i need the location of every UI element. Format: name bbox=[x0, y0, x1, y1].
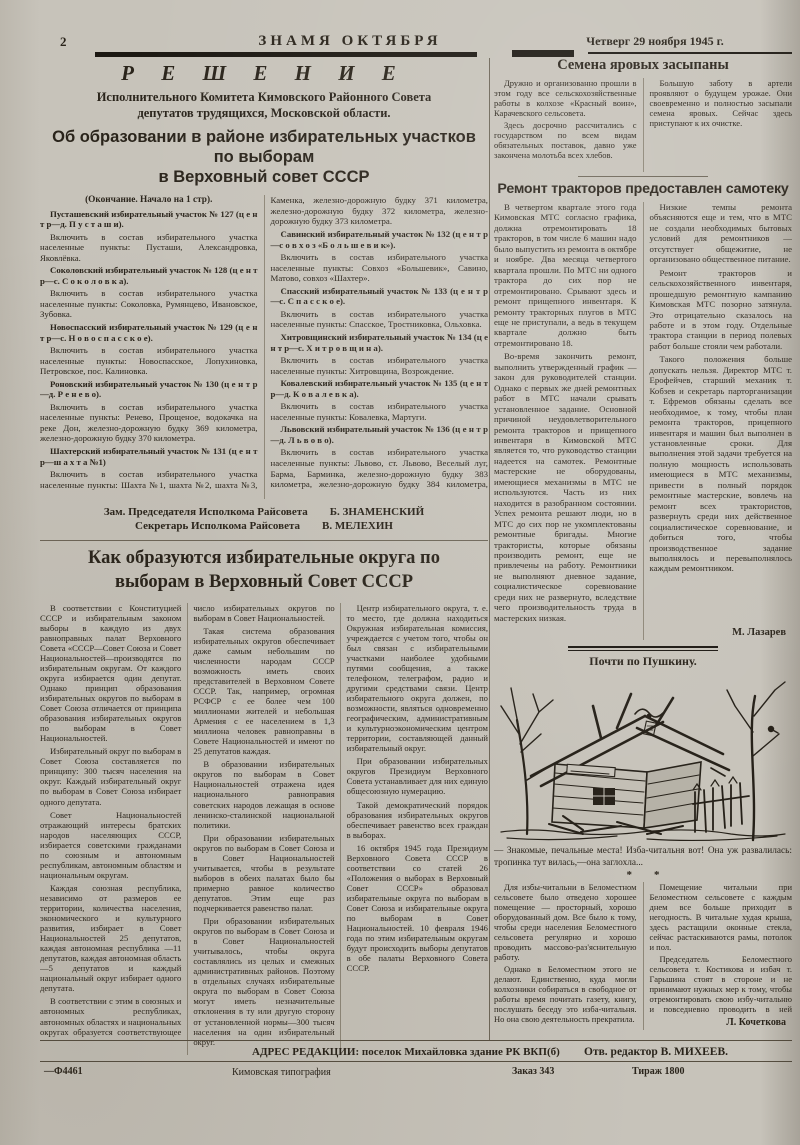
article-end-rule bbox=[568, 646, 718, 651]
tractors-article-title: Ремонт тракторов предоставлен самотеку bbox=[494, 181, 792, 197]
article-paragraph: Такой демократический порядок образовани… bbox=[347, 800, 488, 840]
print-order: Заказ 343 bbox=[512, 1066, 554, 1077]
signature-name: Б. ЗНАМЕНСКИЙ bbox=[330, 506, 424, 518]
column-divider bbox=[489, 58, 490, 1040]
okruga-article-body: В соответствии с Конституцией СССР и изб… bbox=[40, 603, 488, 1055]
article-paragraph: Центр избирательного округа, т. е. то ме… bbox=[347, 603, 488, 754]
signature-role: Зам. Председателя Исполкома Райсовета bbox=[104, 506, 308, 518]
district-head: Савинский избирательный участок № 132 (ц… bbox=[271, 229, 489, 250]
circulation: Тираж 1800 bbox=[632, 1066, 685, 1077]
editorial-address: АДРЕС РЕДАКЦИИ: поселок Михайловка здани… bbox=[252, 1046, 560, 1058]
district-body: Включить в состав избирательного участка… bbox=[271, 355, 489, 376]
article-paragraph: 16 октября 1945 года Президиум Верховног… bbox=[347, 843, 488, 974]
cartoon-svg bbox=[497, 672, 789, 842]
article-paragraph: При образовании избирательных округов по… bbox=[193, 916, 334, 1047]
district-head: Спасский избирательный участок № 133 (ц … bbox=[271, 286, 489, 307]
izba-article-body: Для избы-читальни в Беломестном сельсове… bbox=[494, 882, 792, 1030]
decision-org-line1: Исполнительного Комитета Кимовского Райо… bbox=[40, 90, 488, 105]
okruga-article-title: Как образуются избирательные округа по в… bbox=[40, 547, 488, 593]
district-body: Включить в состав избирательного участка… bbox=[40, 402, 258, 444]
article-paragraph: В соответствии с Конституцией СССР и изб… bbox=[40, 603, 181, 744]
tree-left bbox=[501, 688, 553, 834]
decision-title-line1: Об образовании в районе избирательных уч… bbox=[40, 128, 488, 168]
district-body: Включить в состав избирательного участка… bbox=[271, 309, 489, 330]
printer-name: Кимовская типография bbox=[232, 1067, 331, 1078]
cartoon-illustration bbox=[497, 672, 789, 842]
article-paragraph: При образовании избирательных округов по… bbox=[193, 833, 334, 913]
seeds-article-body: Дружно и организованно прошли в этом год… bbox=[494, 78, 792, 172]
district-head: Львовский избирательный участок № 136 (ц… bbox=[271, 424, 489, 445]
hut-sketch bbox=[527, 694, 729, 834]
section-rule bbox=[40, 540, 488, 541]
issue-date: Четверг 29 ноября 1945 г. bbox=[518, 34, 792, 49]
article-paragraph: Низкие темпы ремонта объясняются еще и т… bbox=[650, 202, 793, 265]
article-paragraph: Такая система образования избирательных … bbox=[193, 626, 334, 757]
article-paragraph: Во-время закончить ремонт, выполнить утв… bbox=[494, 351, 637, 623]
decision-signatures: Зам. Председателя Исполкома Райсовета Б.… bbox=[40, 506, 488, 532]
decision-kicker: Р Е Ш Е Н И Е bbox=[40, 61, 488, 86]
tree-right bbox=[727, 682, 785, 840]
article-paragraph: При образовании избирательных округов Пр… bbox=[347, 756, 488, 796]
continuation-note: (Окончание. Начало на 1 стр). bbox=[40, 195, 258, 206]
cartoon-caption: — Знакомые, печальные места! Изба-читаль… bbox=[494, 845, 792, 869]
imprint-code: —Ф4461 bbox=[44, 1066, 83, 1077]
decision-body: (Окончание. Начало на 1 стр). Пусташевск… bbox=[40, 195, 488, 499]
article-paragraph: Дружно и организованно прошли в этом год… bbox=[494, 78, 637, 118]
seeds-article-title: Семена яровых засыпаны bbox=[494, 57, 792, 74]
cartoon-title: Почти по Пушкину. bbox=[494, 654, 792, 669]
decision-title-line2: в Верховный совет СССР bbox=[40, 168, 488, 188]
article-paragraph: Для избы-читальни в Беломестном сельсове… bbox=[494, 882, 637, 962]
author-signature: М. Лазарев bbox=[732, 627, 786, 639]
ground-sketch bbox=[501, 830, 785, 841]
district-head: Новоспасский избирательный участок № 129… bbox=[40, 322, 258, 343]
masthead-rule-right bbox=[588, 52, 792, 54]
article-paragraph: Избирательный округ по выборам в Совет С… bbox=[40, 746, 181, 806]
article-paragraph: В четвертом квартале этого года Кимовска… bbox=[494, 202, 637, 348]
article-paragraph: Такого положения больше допускать нельзя… bbox=[650, 354, 793, 574]
left-section: Р Е Ш Е Н И Е Исполнительного Комитета К… bbox=[40, 56, 488, 1055]
fence bbox=[693, 777, 749, 832]
article-paragraph: Здесь досрочно рассчитались с государств… bbox=[494, 120, 637, 160]
signature-role: Секретарь Исполкома Райсовета bbox=[135, 520, 300, 532]
okruga-title-line1: Как образуются избирательные округа по bbox=[40, 547, 488, 570]
article-paragraph: Совет Национальностей отражающий интерес… bbox=[40, 810, 181, 880]
signature-name: В. МЕЛЕХИН bbox=[322, 520, 393, 532]
district-body: Включить в состав избирательного участка… bbox=[40, 232, 258, 264]
bird-sitting bbox=[768, 726, 778, 733]
district-body: Включить в состав избирательного участка… bbox=[40, 345, 258, 377]
right-section: Семена яровых засыпаны Дружно и организо… bbox=[494, 56, 792, 1030]
editor-credit: Отв. редактор В. МИХЕЕВ. bbox=[584, 1046, 728, 1058]
article-separator-rule bbox=[578, 176, 708, 177]
district-body: Включить в состав избирательного участка… bbox=[271, 401, 489, 422]
district-body: Включить в состав избирательного участка… bbox=[40, 288, 258, 320]
article-paragraph: Каждая союзная республика, независимо от… bbox=[40, 883, 181, 994]
tractors-article-body: В четвертом квартале этого года Кимовска… bbox=[494, 202, 792, 640]
district-head: Соколовский избирательный участок № 128 … bbox=[40, 265, 258, 286]
article-paragraph: Помещение читальни при Беломестном сельс… bbox=[650, 882, 793, 952]
district-head: Шахтерский избирательный участок № 131 (… bbox=[40, 446, 258, 467]
decision-org-line2: депутатов трудящихся, Московской области… bbox=[40, 106, 488, 121]
footer-rule-bottom bbox=[40, 1061, 792, 1062]
author-signature: Л. Кочеткова bbox=[726, 1017, 786, 1029]
district-head: Пусташевский избирательный участок № 127… bbox=[40, 209, 258, 230]
okruga-title-line2: выборам в Верховный Совет СССР bbox=[40, 571, 488, 594]
article-paragraph: В образовании избирательных округов по в… bbox=[193, 759, 334, 829]
district-head: Роновский избирательный участок № 130 (ц… bbox=[40, 379, 258, 400]
article-paragraph: Ремонт тракторов и сельскохозяйственного… bbox=[650, 268, 793, 352]
footer-rule-top bbox=[40, 1040, 792, 1041]
district-head: Хитровщинский избирательный участок № 13… bbox=[271, 332, 489, 353]
article-paragraph: Однако в Беломестном этого не делают. Ед… bbox=[494, 964, 637, 1024]
decision-title: Об образовании в районе избирательных уч… bbox=[40, 128, 488, 187]
article-paragraph: Большую заботу в артели проявляют о буду… bbox=[650, 78, 793, 128]
district-head: Ковалевский избирательный участок № 135 … bbox=[271, 378, 489, 399]
asterisk-separator: * * bbox=[494, 869, 792, 881]
district-body: Включить в состав избирательного участка… bbox=[271, 252, 489, 284]
page-number: 2 bbox=[60, 34, 67, 50]
